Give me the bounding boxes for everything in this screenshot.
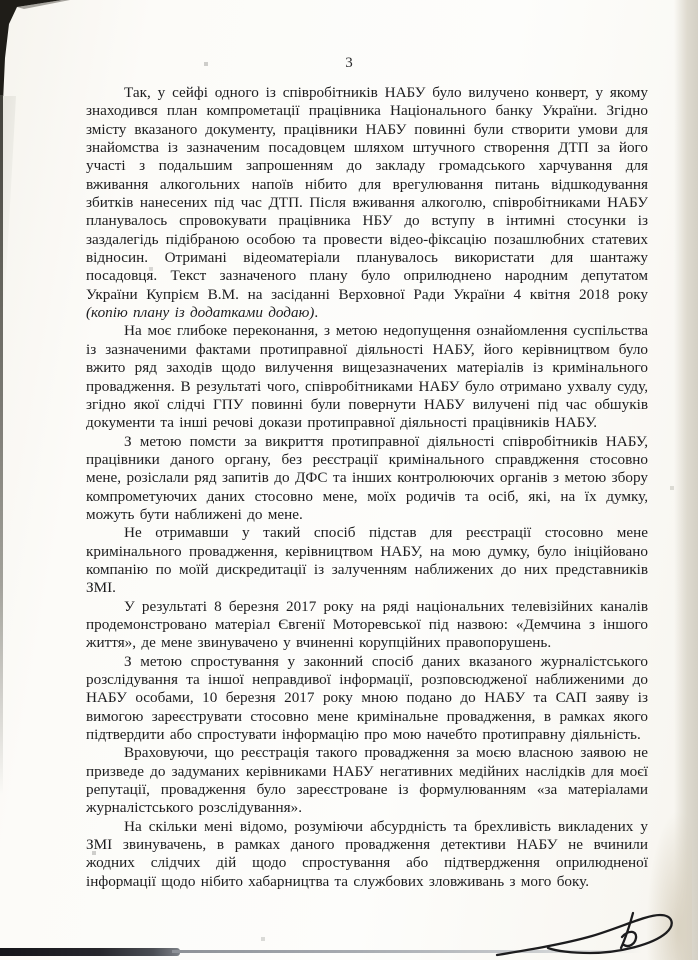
scanned-page: { "page": { "number": "3" }, "document":… [0, 0, 698, 960]
document-body: Так, у сейфі одного із співробітників НА… [86, 84, 648, 891]
paragraph-3: З метою помсти за викриття протиправної … [86, 433, 648, 525]
paragraph-1-text: Так, у сейфі одного із співробітників НА… [86, 84, 648, 303]
scan-artifact-bottom-bar [0, 948, 180, 956]
paragraph-2: На моє глибоке переконання, з метою недо… [86, 322, 648, 432]
scan-noise-dots [0, 0, 2, 2]
paragraph-4: Не отримавши у такий спосіб підстав для … [86, 524, 648, 597]
scan-artifact-left-edge-line [0, 95, 3, 795]
paragraph-1-italic-note: (копію плану із додатками додаю) [86, 304, 314, 321]
paragraph-8: На скільки мені відомо, розуміючи абсурд… [86, 818, 648, 891]
scan-artifact-top-left-corner [0, 0, 70, 102]
signature [494, 906, 680, 960]
page-number: 3 [0, 55, 698, 72]
scan-artifact-left-fold [0, 96, 16, 306]
paragraph-6: З метою спростування у законний спосіб д… [86, 653, 648, 745]
paragraph-1-tail: . [314, 304, 318, 321]
scan-artifact-right-edge-shadow [674, 0, 698, 960]
paragraph-5: У результаті 8 березня 2017 року на ряді… [86, 598, 648, 653]
paragraph-7: Враховуючи, що реєстрація такого провадж… [86, 744, 648, 817]
paragraph-1: Так, у сейфі одного із співробітників НА… [86, 84, 648, 322]
